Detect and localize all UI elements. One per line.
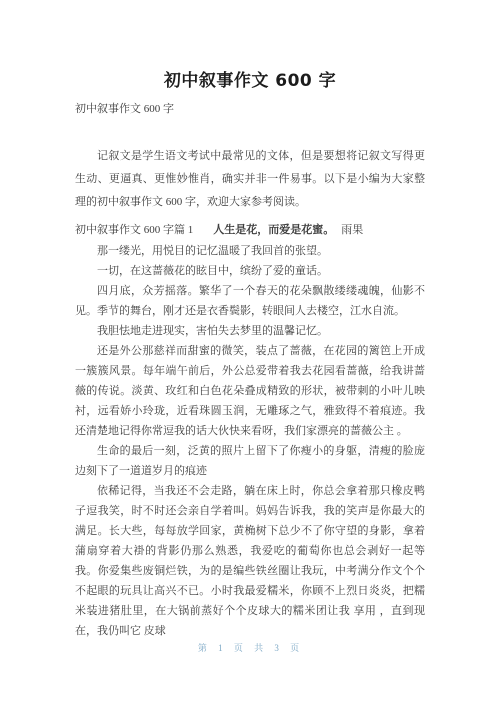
page-content: 初中叙事作文 600 字 初中叙事作文 600 字 记叙文是学生语文考试中最常见… [75,0,425,640]
document-subtitle: 初中叙事作文 600 字 [75,102,425,117]
section-quote: 人生是花，而爱是花蜜。 [213,224,334,236]
body-paragraph: 我胆怯地走进现实，害怕失去梦里的温馨记忆。 [75,321,425,341]
document-page: 初中叙事作文 600 字 初中叙事作文 600 字 记叙文是学生语文考试中最常见… [0,0,500,707]
page-indicator: 第 1 页 共 3 页 [198,643,302,653]
quote-author: 雨果 [341,224,363,236]
intro-paragraph: 记叙文是学生语文考试中最常见的文体，但是要想将记叙文写得更生动、更逼真、更惟妙惟… [75,145,425,214]
body-paragraph: 生命的最后一刻，泛黄的照片上留下了你瘦小的身躯，清瘦的脸庞边刻下了一道道岁月的痕… [75,441,425,481]
body-paragraph: 那一缕光，用悦目的记忆温暖了我回首的张望。 [75,241,425,261]
body-paragraph: 依稀记得，当我还不会走路，躺在床上时，你总会拿着那只橡皮鸭子逗我笑，时不时还会亲… [75,481,425,640]
section-heading-line: 初中叙事作文 600 字篇 1人生是花，而爱是花蜜。雨果 [75,220,425,241]
section-heading: 初中叙事作文 600 字篇 1 [75,224,193,236]
body-paragraph: 四月底，众芳摇落。繁华了一个春天的花朵飘散缕缕魂魄，仙影不见。季节的舞台，刚才还… [75,281,425,321]
page-footer: 第 1 页 共 3 页 [0,641,500,654]
body-paragraph: 一切，在这蔷薇花的眩目中，缤纷了爱的童话。 [75,261,425,281]
body-paragraphs: 那一缕光，用悦目的记忆温暖了我回首的张望。一切，在这蔷薇花的眩目中，缤纷了爱的童… [75,241,425,640]
page-title: 初中叙事作文 600 字 [75,70,425,92]
body-paragraph: 还是外公那慈祥而甜蜜的微笑，装点了蔷薇，在花园的篱笆上开成一簇簇风景。每年端午前… [75,341,425,441]
